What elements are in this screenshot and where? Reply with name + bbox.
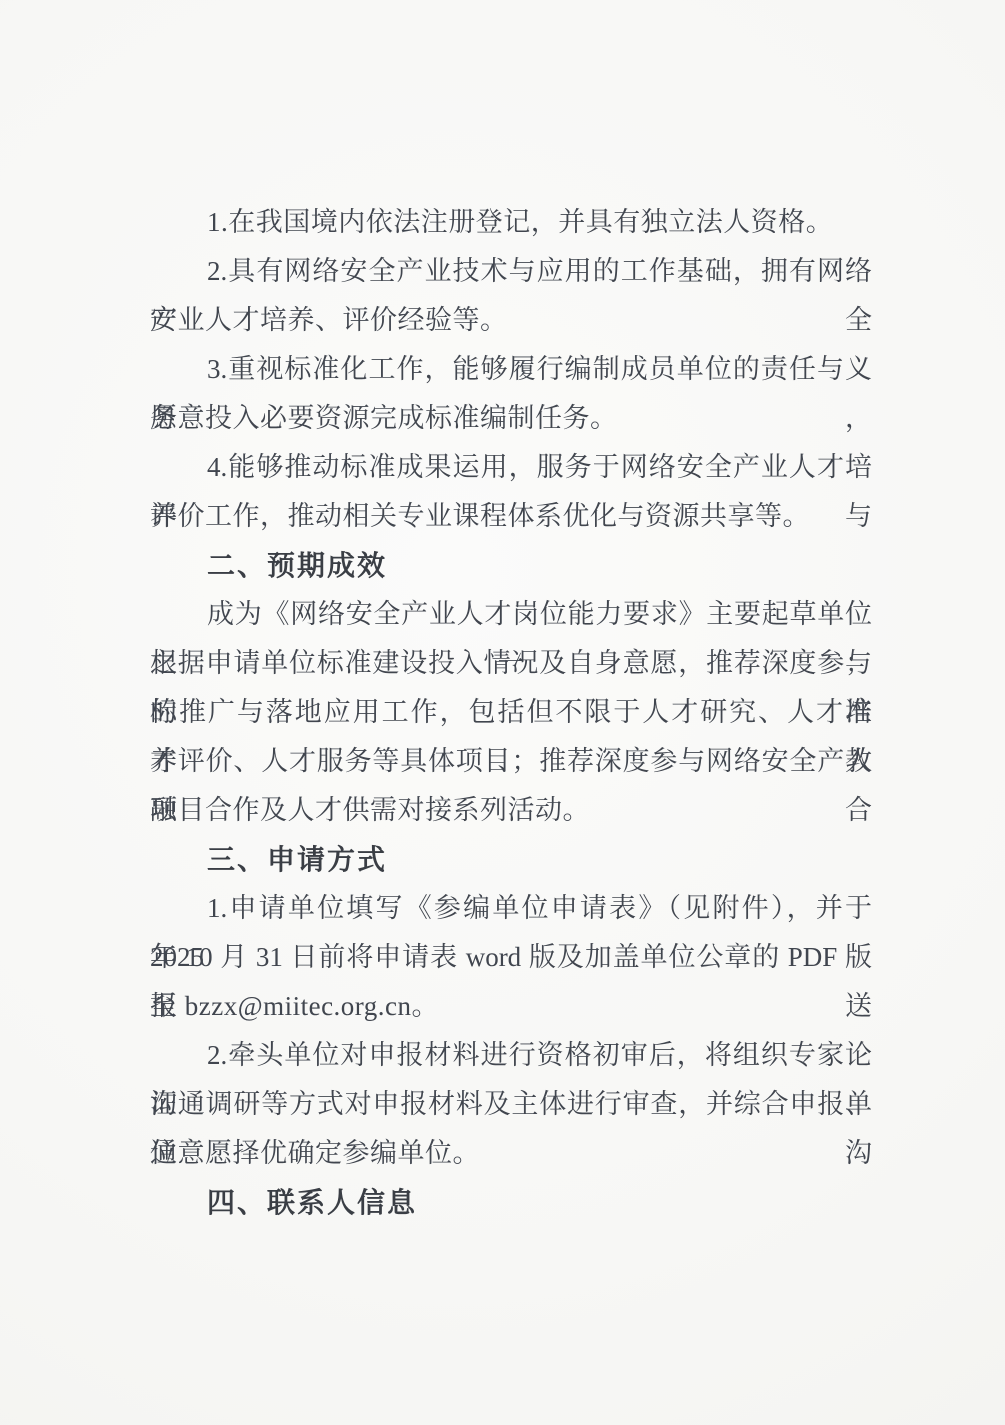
section-heading-expected-results: 二、预期成效 (150, 541, 872, 590)
doc-line-apply-2a: 2.牵头单位对申报材料进行资格初审后，将组织专家论证、 (150, 1031, 872, 1080)
doc-line-results-1: 成为《网络安全产业人才岗位能力要求》主要起草单位之一； (150, 590, 872, 639)
scanned-document-page: 1.在我国境内依法注册登记，并具有独立法人资格。 2.具有网络安全产业技术与应用… (0, 0, 1005, 1425)
doc-line-condition-2a: 2.具有网络安全产业技术与应用的工作基础，拥有网络安全 (150, 247, 872, 296)
doc-line-apply-2b: 沟通调研等方式对申报材料及主体进行审查，并综合申报单位沟 (150, 1080, 872, 1129)
section-heading-contact-info: 四、联系人信息 (150, 1178, 872, 1227)
doc-line-results-4: 才评价、人才服务等具体项目；推荐深度参与网络安全产教融合 (150, 737, 872, 786)
doc-line-apply-1b: 年 10 月 31 日前将申请表 word 版及加盖单位公章的 PDF 版报送 (150, 933, 872, 982)
doc-line-apply-1a: 1.申请单位填写《参编单位申请表》（见附件），并于 2025 (150, 884, 872, 933)
doc-line-condition-1: 1.在我国境内依法注册登记，并具有独立法人资格。 (150, 198, 872, 247)
doc-line-condition-4a: 4.能够推动标准成果运用，服务于网络安全产业人才培养与 (150, 443, 872, 492)
doc-line-condition-3a: 3.重视标准化工作，能够履行编制成员单位的责任与义务， (150, 345, 872, 394)
section-heading-application-method: 三、申请方式 (150, 835, 872, 884)
doc-line-condition-4b: 评价工作，推动相关专业课程体系优化与资源共享等。 (150, 492, 872, 541)
doc-line-results-2: 根据申请单位标准建设投入情况及自身意愿，推荐深度参与标准 (150, 639, 872, 688)
doc-line-results-3: 的推广与落地应用工作，包括但不限于人才研究、人才培养、人 (150, 688, 872, 737)
document-text-block: 1.在我国境内依法注册登记，并具有独立法人资格。 2.具有网络安全产业技术与应用… (150, 198, 872, 1227)
